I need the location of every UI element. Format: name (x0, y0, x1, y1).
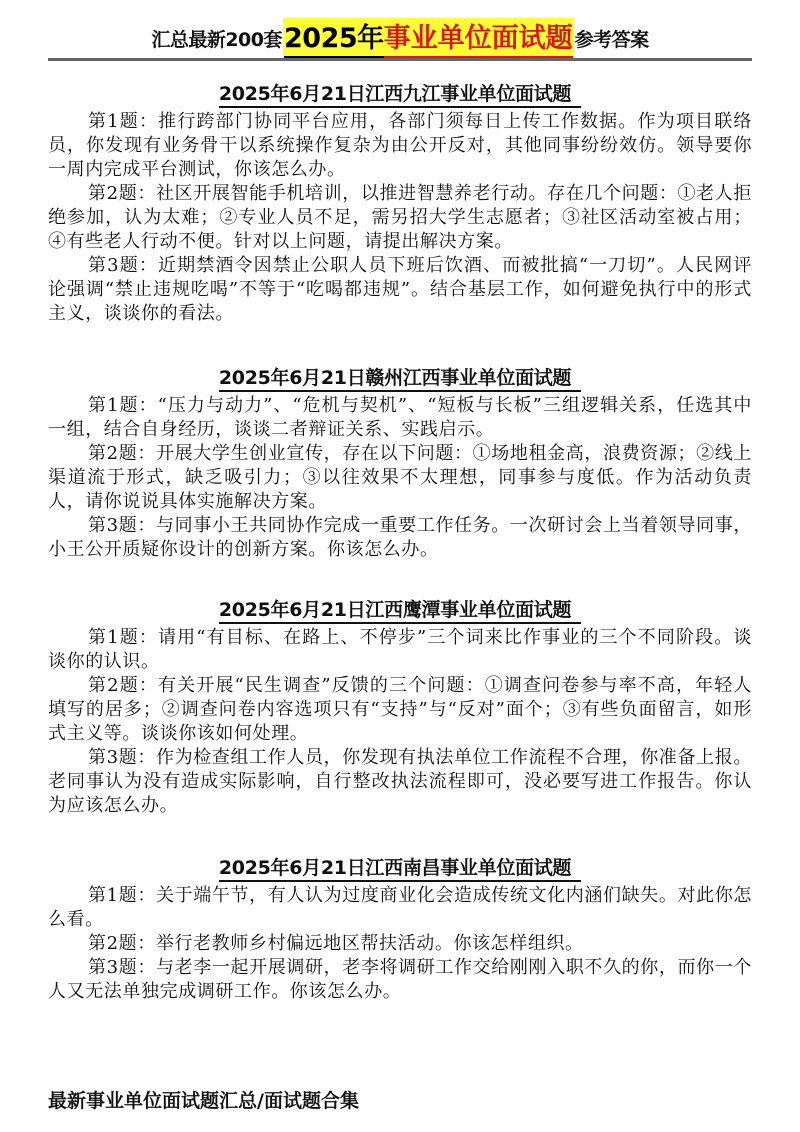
question-1: 第1题：请用“有目标、在路上、不停步”三个词来比作事业的三个不同阶段。谈谈你的认… (48, 626, 752, 674)
section-yingtan: 2025年6月21日江西鹰潭事业单位面试题 第1题：请用“有目标、在路上、不停步… (48, 596, 752, 818)
section-title: 2025年6月21日赣州江西事业单位面试题 (48, 364, 752, 394)
question-2: 第2题：举行老教师乡村偏远地区帮扶活动。你该怎样组织。 (48, 932, 752, 956)
section-jiujiang: 2025年6月21日江西九江事业单位面试题 第1题：推行跨部门协同平台应用，各部… (48, 80, 752, 326)
question-1: 第1题：关于端午节，有人认为过度商业化会造成传统文化内涵们缺失。对此你怎么看。 (48, 884, 752, 932)
section-ganzhou: 2025年6月21日赣州江西事业单位面试题 第1题：“压力与动力”、“危机与契机… (48, 364, 752, 562)
section-title: 2025年6月21日江西九江事业单位面试题 (48, 80, 752, 110)
header-year: 2025年 (284, 24, 384, 58)
question-3: 第3题：与老李一起开展调研，老李将调研工作交给刚刚入职不久的你，而你一个人又无法… (48, 956, 752, 1004)
question-3: 第3题：作为检查组工作人员，你发现有执法单位工作流程不合理，你准备上报。老同事认… (48, 746, 752, 818)
question-2: 第2题：开展大学生创业宣传，存在以下问题：①场地租金高，浪费资源；②线上渠道流于… (48, 442, 752, 514)
section-title: 2025年6月21日江西南昌事业单位面试题 (48, 854, 752, 884)
document-header: 汇总最新200套 2025年 事业单位面试题 参考答案 (0, 14, 800, 58)
header-prefix: 汇总最新200套 (151, 25, 282, 58)
header-divider (48, 58, 752, 61)
header-suffix: 参考答案 (575, 25, 649, 58)
question-1: 第1题：推行跨部门协同平台应用，各部门须每日上传工作数据。作为项目联络员，你发现… (48, 110, 752, 182)
question-2: 第2题：社区开展智能手机培训，以推进智慧养老行动。存在几个问题：①老人拒绝参加，… (48, 182, 752, 254)
section-title: 2025年6月21日江西鹰潭事业单位面试题 (48, 596, 752, 626)
footer-title: 最新事业单位面试题汇总/面试题合集 (48, 1086, 359, 1113)
question-3: 第3题：与同事小王共同协作完成一重要工作任务。一次研讨会上当着领导同事，小王公开… (48, 514, 752, 562)
header-highlight: 2025年 事业单位面试题 (283, 18, 574, 58)
section-nanchang: 2025年6月21日江西南昌事业单位面试题 第1题：关于端午节，有人认为过度商业… (48, 854, 752, 1004)
question-2: 第2题：有关开展“民生调查”反馈的三个问题：①调查问卷参与率不高，年轻人填写的居… (48, 674, 752, 746)
question-1: 第1题：“压力与动力”、“危机与契机”、“短板与长板”三组逻辑关系，任选其中一组… (48, 394, 752, 442)
question-3: 第3题：近期禁酒令因禁止公职人员下班后饮酒、而被批搞“一刀切”。人民网评论强调“… (48, 254, 752, 326)
header-red-title: 事业单位面试题 (384, 24, 573, 58)
